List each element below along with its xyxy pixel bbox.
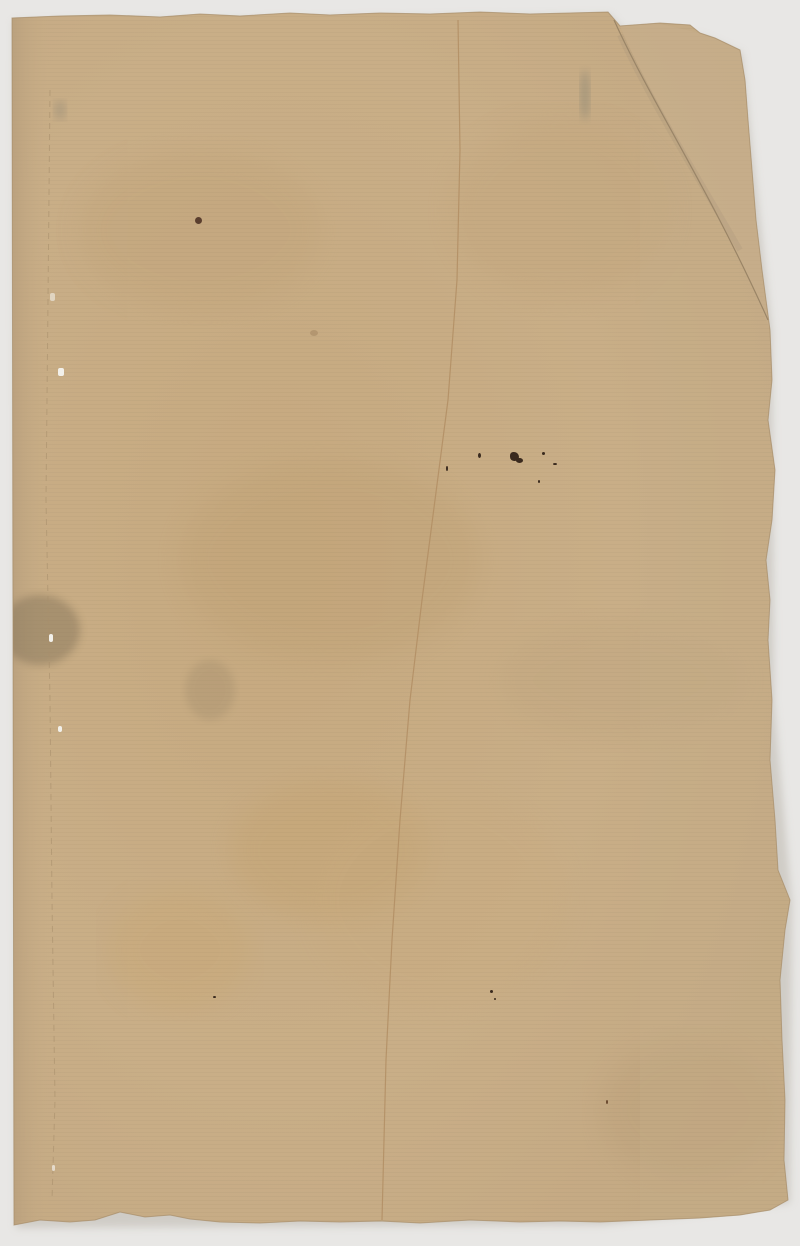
ink-speck — [478, 453, 481, 458]
paper-sheet — [0, 0, 800, 1246]
ink-speck — [195, 217, 202, 224]
binding-hole — [52, 1165, 55, 1171]
paper-sheet-graphic — [0, 0, 800, 1246]
ink-speck — [553, 463, 557, 465]
ink-speck — [446, 466, 448, 471]
ink-speck — [606, 1100, 608, 1104]
binding-hole — [58, 726, 62, 732]
binding-hole — [58, 368, 64, 376]
ink-speck — [310, 330, 318, 336]
ink-speck — [213, 996, 216, 998]
ink-speck — [490, 990, 493, 993]
ink-speck — [494, 998, 496, 1000]
ink-speck — [542, 452, 545, 455]
ink-speck — [538, 480, 540, 483]
binding-hole — [50, 293, 55, 301]
ink-speck — [516, 458, 523, 463]
binding-hole — [49, 634, 53, 642]
